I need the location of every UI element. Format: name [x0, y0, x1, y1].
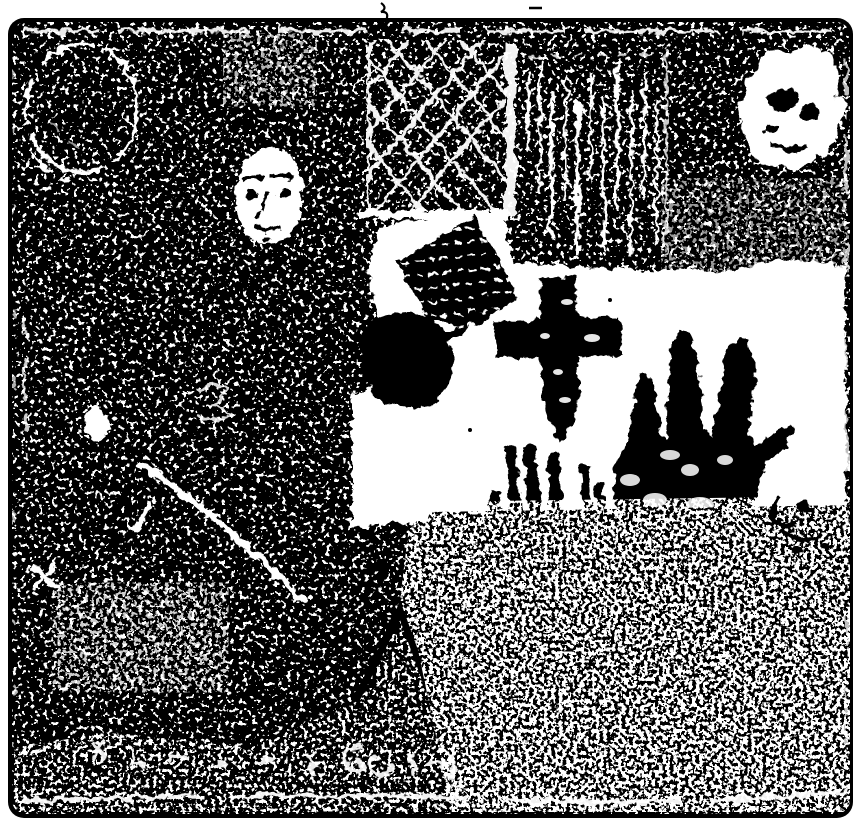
dense-noise: [395, 495, 855, 815]
speckle-patch: [55, 585, 225, 690]
scene: [12, 20, 855, 815]
woodcut-print: Antique woodcut print: hooded figure wit…: [0, 0, 861, 821]
wrist: [361, 312, 453, 407]
window-mullion: [505, 44, 516, 214]
woodcut-canvas: Antique woodcut print: hooded figure wit…: [0, 0, 861, 821]
robe-highlight: [85, 408, 109, 440]
speckle-patch: [225, 35, 315, 105]
speckle-patch: [665, 180, 845, 275]
